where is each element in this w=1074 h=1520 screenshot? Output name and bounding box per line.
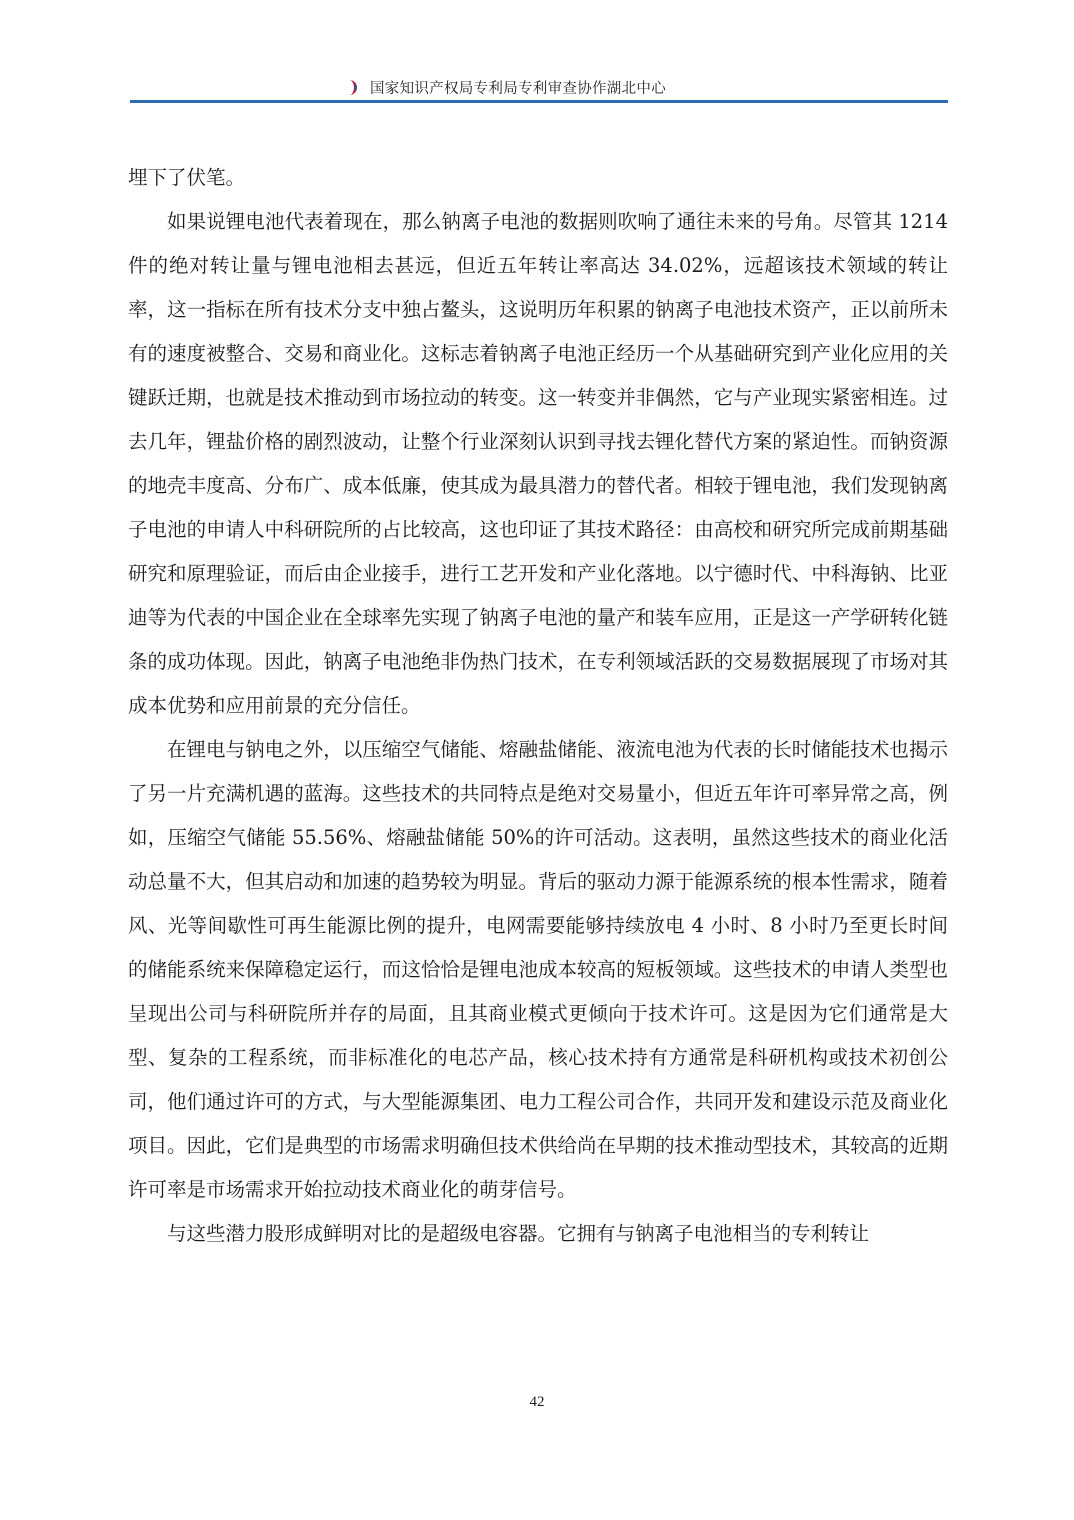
page-number: 42 <box>0 1394 1074 1411</box>
page-header: 国家知识产权局专利局专利审查协作湖北中心 <box>130 74 948 102</box>
header-divider <box>130 100 948 103</box>
body-text: 埋下了伏笔。 如果说锂电池代表着现在，那么钠离子电池的数据则吹响了通往未来的号角… <box>128 156 948 1256</box>
paragraph-3: 在锂电与钠电之外，以压缩空气储能、熔融盐储能、液流电池为代表的长时储能技术也揭示… <box>128 728 948 1212</box>
paragraph-1: 埋下了伏笔。 <box>128 156 948 200</box>
paragraph-4: 与这些潜力股形成鲜明对比的是超级电容器。它拥有与钠离子电池相当的专利转让 <box>128 1212 948 1256</box>
header-title: 国家知识产权局专利局专利审查协作湖北中心 <box>370 77 666 98</box>
paragraph-2: 如果说锂电池代表着现在，那么钠离子电池的数据则吹响了通往未来的号角。尽管其 12… <box>128 200 948 728</box>
sipo-hubei-logo-icon <box>344 79 358 97</box>
